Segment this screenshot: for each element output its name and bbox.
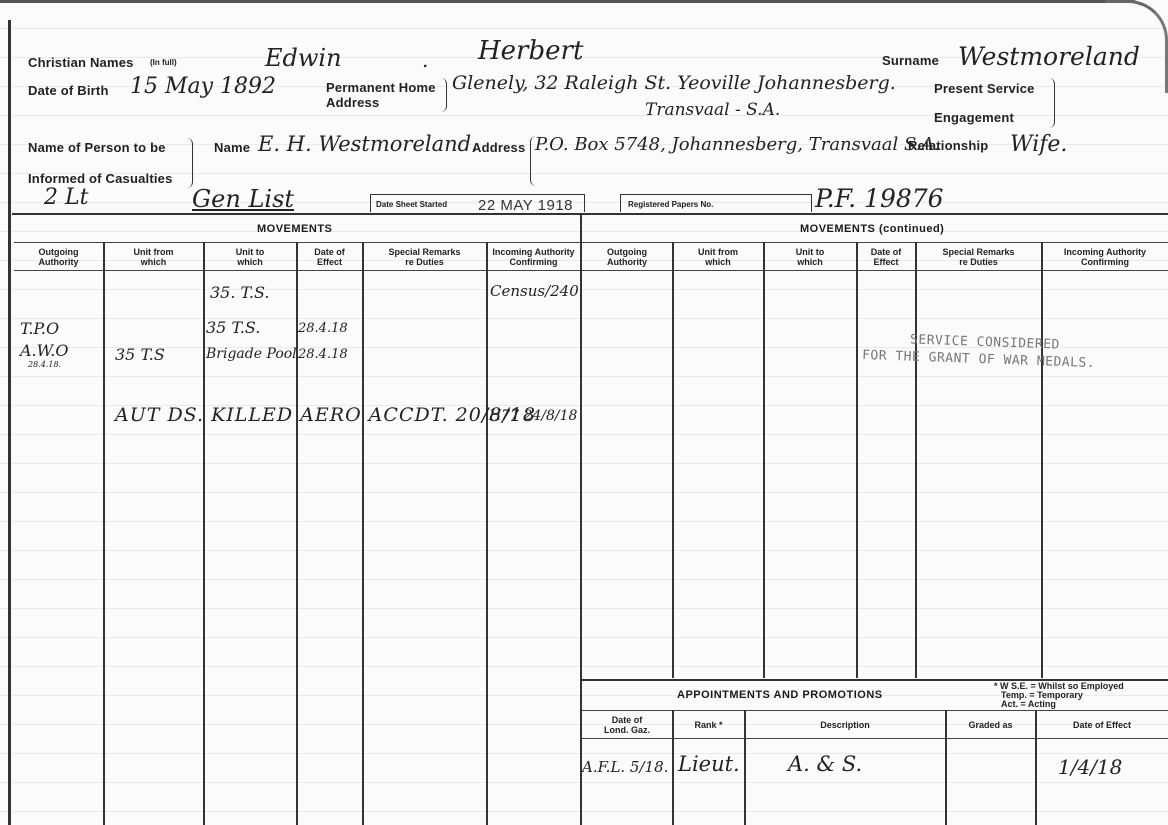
row3-outgoing: A.W.O <box>20 341 69 360</box>
relationship-value: Wife. <box>1010 132 1067 157</box>
col-header-unit-from: Unit fromwhich <box>104 247 203 267</box>
col-header-unit-to: Unit towhich <box>204 247 296 267</box>
list-value: Gen List <box>192 185 294 213</box>
surname-label: Surname <box>882 53 939 68</box>
rank-value: 2 Lt <box>44 185 88 210</box>
col-divider <box>1041 242 1043 678</box>
row3-outgoing-sub: 28.4.18. <box>28 360 61 369</box>
next-of-kin-label: Name of Person to be <box>28 140 166 155</box>
brace <box>1048 78 1055 128</box>
row2-outgoing: T.P.O <box>20 319 59 338</box>
col-divider <box>763 242 765 678</box>
col-header-remarks: Special Remarksre Duties <box>363 247 486 267</box>
appt-col-header-description: Description <box>745 720 945 730</box>
movements-title: MOVEMENTS <box>257 223 332 235</box>
col-divider <box>672 242 674 678</box>
brace <box>186 138 193 188</box>
christian-name-first: Edwin <box>265 44 342 72</box>
christian-name-second: Herbert <box>478 36 583 66</box>
row3-date: 28.4.18 <box>298 347 348 362</box>
dob-value: 15 May 1892 <box>130 74 276 99</box>
appointments-title: APPOINTMENTS AND PROMOTIONS <box>677 689 883 701</box>
row3-unit-to: Brigade Pool <box>206 346 297 362</box>
nok-address-value: P.O. Box 5748, Johannesberg, Transvaal S… <box>535 134 940 155</box>
appointments-header-rule <box>582 710 1168 711</box>
appt-row-gazette: A.F.L. 5/18. <box>582 758 668 776</box>
row4-entry: AUT DS. KILLED AERO ACCDT. 20/8/18 <box>115 404 536 426</box>
next-of-kin-label-2: Informed of Casualties <box>28 171 173 186</box>
engagement-label: Engagement <box>934 110 1014 125</box>
relationship-label: Relationship <box>908 138 988 153</box>
col-header-incoming: Incoming AuthorityConfirming <box>487 247 580 267</box>
col-header-date: Date ofEffect <box>297 247 362 267</box>
cont-col-header-incoming: Incoming AuthorityConfirming <box>1042 247 1168 267</box>
col-header-outgoing: OutgoingAuthority <box>14 247 103 267</box>
perm-address-line-2: Transvaal - S.A. <box>645 100 780 120</box>
appt-col-header-effect: Date of Effect <box>1036 720 1168 730</box>
brace <box>440 78 447 112</box>
row3-unit-from: 35 T.S <box>115 345 165 364</box>
appt-col-header-graded: Graded as <box>946 720 1035 730</box>
col-divider <box>103 242 105 825</box>
col-divider <box>915 242 917 678</box>
appt-row-description: A. & S. <box>788 752 862 776</box>
date-sheet-started-value: 22 MAY 1918 <box>478 197 573 214</box>
row1-incoming: Census/240 <box>490 282 579 300</box>
movements-continued-title: MOVEMENTS (continued) <box>800 223 944 235</box>
nok-address-label: Address <box>472 140 525 155</box>
paper-top-edge <box>0 0 1140 7</box>
row1-unit-to: 35. T.S. <box>210 283 269 302</box>
dob-label: Date of Birth <box>28 83 109 98</box>
appt-col-header-gazette: Date ofLond. Gaz. <box>582 715 672 735</box>
col-divider <box>856 242 858 678</box>
appt-col-header-rank: Rank * <box>673 720 744 730</box>
service-record-sheet: Christian Names (In full) Edwin . Herber… <box>0 0 1168 825</box>
movements-cont-columns-rule <box>582 270 1168 271</box>
christian-name-sep: . <box>422 48 428 72</box>
registered-papers-label: Registered Papers No. <box>628 200 713 209</box>
row2-unit-to: 35 T.S. <box>206 318 260 337</box>
nok-name-value: E. H. Westmoreland. <box>258 132 478 156</box>
cont-col-header-unit-from: Unit fromwhich <box>673 247 763 267</box>
left-margin-rule <box>8 20 11 825</box>
cont-col-header-outgoing: OutgoingAuthority <box>582 247 672 267</box>
perm-address-label-2: Address <box>326 95 379 110</box>
appointments-columns-rule <box>582 738 1168 739</box>
appt-row-rank: Lieut. <box>678 752 740 776</box>
col-divider <box>203 242 205 825</box>
nok-name-label: Name <box>214 140 250 155</box>
rank-abbreviation-legend: * W S.E. = Whilst so Employed Temp. = Te… <box>994 682 1124 709</box>
date-sheet-started-label: Date Sheet Started <box>376 200 447 209</box>
medal-stamp-line-2: FOR THE GRANT OF WAR MEDALS. <box>862 348 1096 371</box>
christian-names-note: (In full) <box>150 58 177 67</box>
christian-names-label: Christian Names <box>28 55 134 70</box>
col-divider <box>362 242 364 825</box>
cont-col-header-remarks: Special Remarksre Duties <box>916 247 1041 267</box>
present-service-label: Present Service <box>934 81 1035 96</box>
table-top-rule <box>12 213 1168 215</box>
cont-col-header-date: Date ofEffect <box>857 247 915 267</box>
row4-incoming: H77 24/8/18 <box>489 408 577 424</box>
perm-address-line-1: Glenely, 32 Raleigh St. Yeoville Johanne… <box>452 72 896 94</box>
col-divider <box>486 242 488 825</box>
registered-papers-value: P.F. 19876 <box>815 184 944 213</box>
cont-col-header-unit-to: Unit towhich <box>764 247 856 267</box>
surname-value: Westmoreland <box>958 42 1140 71</box>
row2-date: 28.4.18 <box>298 321 348 336</box>
movements-cont-header-rule <box>582 242 1168 243</box>
perm-address-label: Permanent Home <box>326 80 436 95</box>
appt-row-effect: 1/4/18 <box>1058 755 1122 779</box>
